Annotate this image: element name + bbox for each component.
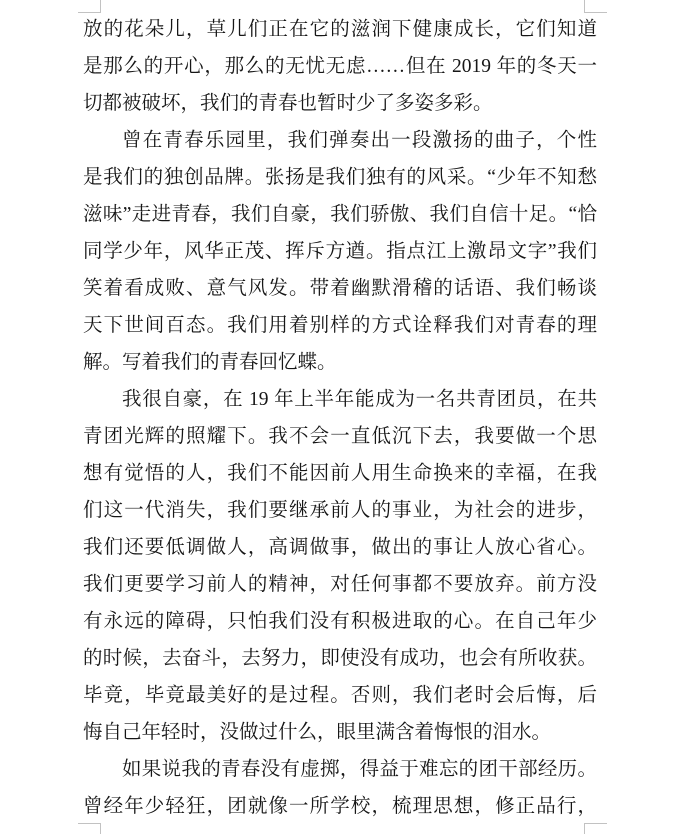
- text-line[interactable]: 我们还要低调做人，高调做事，做出的事让人放心省心。: [83, 529, 597, 566]
- text-line[interactable]: 有永远的障碍，只怕我们没有积极进取的心。在自己年少: [83, 603, 597, 640]
- text-line[interactable]: 同学少年，风华正茂、挥斥方遒。指点江上激昂文字”我们: [83, 233, 597, 270]
- text-line[interactable]: 青团光辉的照耀下。我不会一直低沉下去，我要做一个思: [83, 418, 597, 455]
- text-line[interactable]: 笑着看成败、意气风发。带着幽默滑稽的话语、我们畅谈: [83, 270, 597, 307]
- text-line[interactable]: 是我们的独创品牌。张扬是我们独有的风采。“少年不知愁: [83, 159, 597, 196]
- text-line[interactable]: 想有觉悟的人，我们不能因前人用生命换来的幸福，在我: [83, 455, 597, 492]
- text-line[interactable]: 我很自豪，在 19 年上半年能成为一名共青团员，在共: [83, 381, 597, 418]
- text-line[interactable]: 悔自己年轻时，没做过什么，眼里满含着悔恨的泪水。: [83, 714, 597, 751]
- text-line[interactable]: 如果说我的青春没有虚掷，得益于难忘的团干部经历。: [83, 751, 597, 788]
- document-text-area[interactable]: 放的花朵儿，草儿们正在它的滋润下健康成长，它们知道是那么的开心，那么的无忧无虑……: [83, 11, 597, 825]
- text-line[interactable]: 我们更要学习前人的精神，对任何事都不要放弃。前方没: [83, 566, 597, 603]
- text-line[interactable]: 切都被破坏，我们的青春也暂时少了多姿多彩。: [83, 85, 597, 122]
- text-line[interactable]: 的时候，去奋斗，去努力，即使没有成功，也会有所收获。: [83, 640, 597, 677]
- text-line[interactable]: 滋味”走进青春，我们自豪，我们骄傲、我们自信十足。“恰: [83, 196, 597, 233]
- text-line[interactable]: 毕竟，毕竟最美好的是过程。否则，我们老时会后悔，后: [83, 677, 597, 714]
- text-line[interactable]: 们这一代消失，我们要继承前人的事业，为社会的进步，: [83, 492, 597, 529]
- text-line[interactable]: 放的花朵儿，草儿们正在它的滋润下健康成长，它们知道: [83, 11, 597, 48]
- text-line[interactable]: 曾在青春乐园里，我们弹奏出一段激扬的曲子，个性: [83, 122, 597, 159]
- document-page: 放的花朵儿，草儿们正在它的滋润下健康成长，它们知道是那么的开心，那么的无忧无虑……: [0, 0, 684, 834]
- text-line[interactable]: 天下世间百态。我们用着别样的方式诠释我们对青春的理: [83, 307, 597, 344]
- text-line[interactable]: 解。写着我们的青春回忆蝶。: [83, 344, 597, 381]
- text-line[interactable]: 是那么的开心，那么的无忧无虑……但在 2019 年的冬天一: [83, 48, 597, 85]
- text-line[interactable]: 曾经年少轻狂，团就像一所学校，梳理思想，修正品行，: [83, 788, 597, 825]
